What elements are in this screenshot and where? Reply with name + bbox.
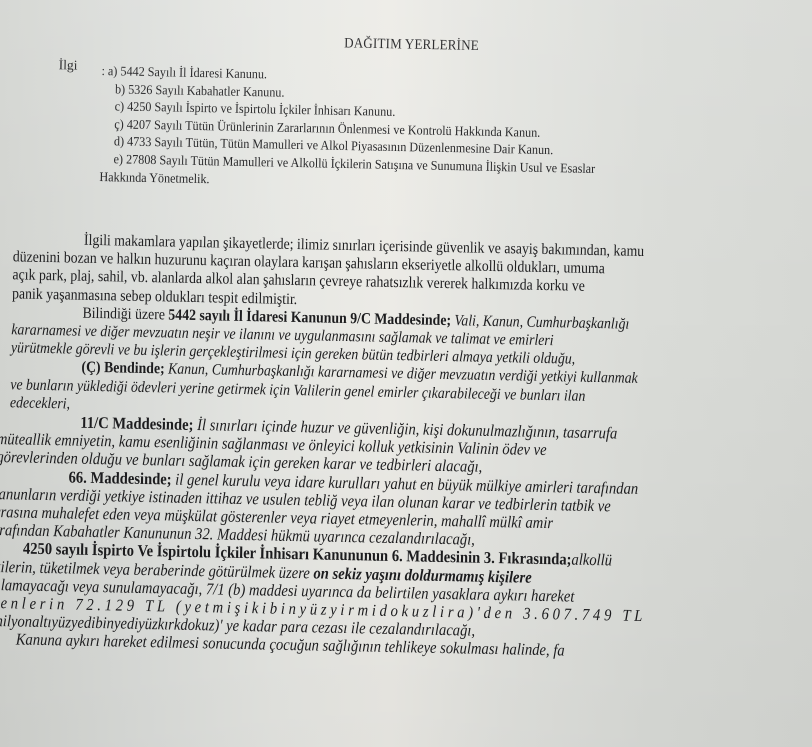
ilgi-label: İlgi xyxy=(59,57,78,73)
document-title: DAĞITIM YERLERİNE xyxy=(344,34,479,54)
document-page: DAĞITIM YERLERİNE İlgi : a) 5442 Sayılı … xyxy=(0,0,812,18)
document-body: İlgili makamlara yapılan şikayetlerde; i… xyxy=(5,230,748,663)
ilgi-reference-list: : a) 5442 Sayılı İl İdaresi Kanunu. b) 5… xyxy=(99,62,597,195)
document-photo: DAĞITIM YERLERİNE İlgi : a) 5442 Sayılı … xyxy=(0,0,812,747)
